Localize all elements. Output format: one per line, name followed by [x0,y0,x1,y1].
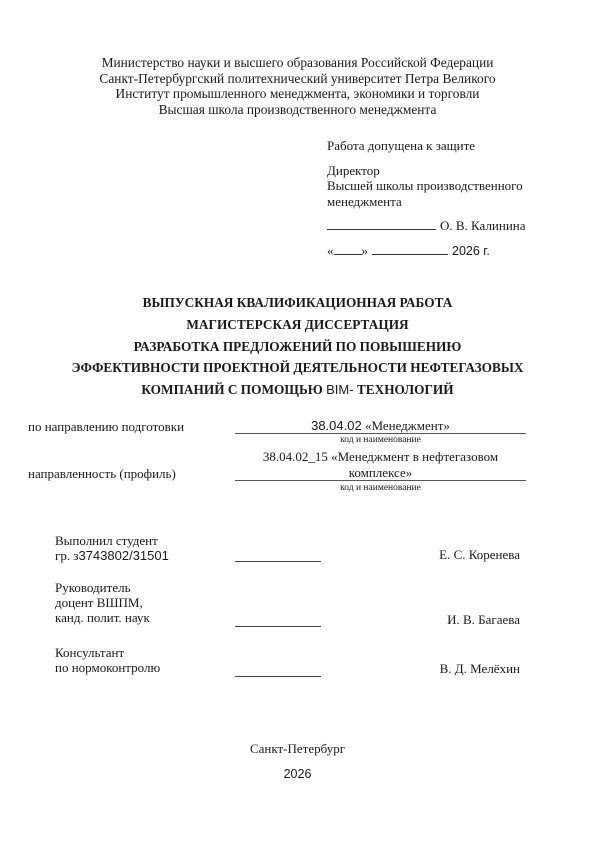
admitted-text: Работа допущена к защите [327,138,567,154]
school-line: Высшая школа производственного менеджмен… [0,102,595,118]
approval-date-row: «»2026 г. [327,243,567,260]
supervisor-signature-blank[interactable] [235,626,321,627]
profile-value-line2: комплексе» [235,465,526,481]
direction-field: 38.04.02 «Менеджмент» [235,418,526,434]
student-group: 3743802/31501 [78,548,168,563]
direction-code: 38.04.02 [311,418,362,433]
director-department-line1: Высшей школы производственного [327,178,567,194]
director-department-line2: менеджмента [327,194,567,210]
thesis-title: ВЫПУСКНАЯ КВАЛИФИКАЦИОННАЯ РАБОТА МАГИСТ… [0,292,595,401]
topic-line3: КОМПАНИЙ С ПОМОЩЬЮ BIM- ТЕХНОЛОГИЙ [0,379,595,401]
approval-year: 2026 г. [452,244,490,258]
student-role: Выполнил студент гр. з3743802/31501 [55,533,169,563]
university-line: Санкт-Петербургский политехнический унив… [0,71,595,87]
topic-line1: РАЗРАБОТКА ПРЕДЛОЖЕНИЙ ПО ПОВЫШЕНИЮ [0,336,595,358]
direction-caption: код и наименование [235,435,526,446]
profile-caption: код и наименование [235,483,526,494]
ministry-line: Министерство науки и высшего образования… [0,55,595,71]
institution-header: Министерство науки и высшего образования… [0,55,595,118]
supervisor-name: И. В. Багаева [447,612,520,628]
direction-name: «Менеджмент» [362,418,450,433]
director-position: Директор [327,163,567,179]
quote-close: » [362,243,369,258]
consultant-name: В. Д. Мелёхин [440,661,520,677]
profile-label: направленность (профиль) [28,466,176,482]
direction-label: по направлению подготовки [28,419,184,435]
approval-block: Работа допущена к защите Директор Высшей… [327,138,567,259]
day-blank[interactable] [334,243,362,255]
bim-term: BIM- [326,382,353,397]
degree-type: МАГИСТЕРСКАЯ ДИССЕРТАЦИЯ [0,314,595,336]
director-signature-row: О. В. Калинина [327,218,567,234]
student-name: Е. С. Коренева [439,547,520,563]
topic-line2: ЭФФЕКТИВНОСТИ ПРОЕКТНОЙ ДЕЯТЕЛЬНОСТИ НЕФ… [0,357,595,379]
profile-value-line1: 38.04.02_15 «Менеджмент в нефтегазовом [235,449,526,464]
footer-year: 2026 [0,767,595,781]
month-blank[interactable] [372,243,448,255]
institute-line: Институт промышленного менеджмента, экон… [0,86,595,102]
director-signature-blank[interactable] [327,218,436,230]
work-type: ВЫПУСКНАЯ КВАЛИФИКАЦИОННАЯ РАБОТА [0,292,595,314]
director-name: О. В. Калинина [440,218,526,233]
student-signature-blank[interactable] [235,561,321,562]
consultant-signature-blank[interactable] [235,676,321,677]
consultant-role: Консультант по нормоконтролю [55,645,160,675]
supervisor-role: Руководитель доцент ВШПМ, канд. полит. н… [55,580,150,625]
footer-city: Санкт-Петербург [0,741,595,757]
